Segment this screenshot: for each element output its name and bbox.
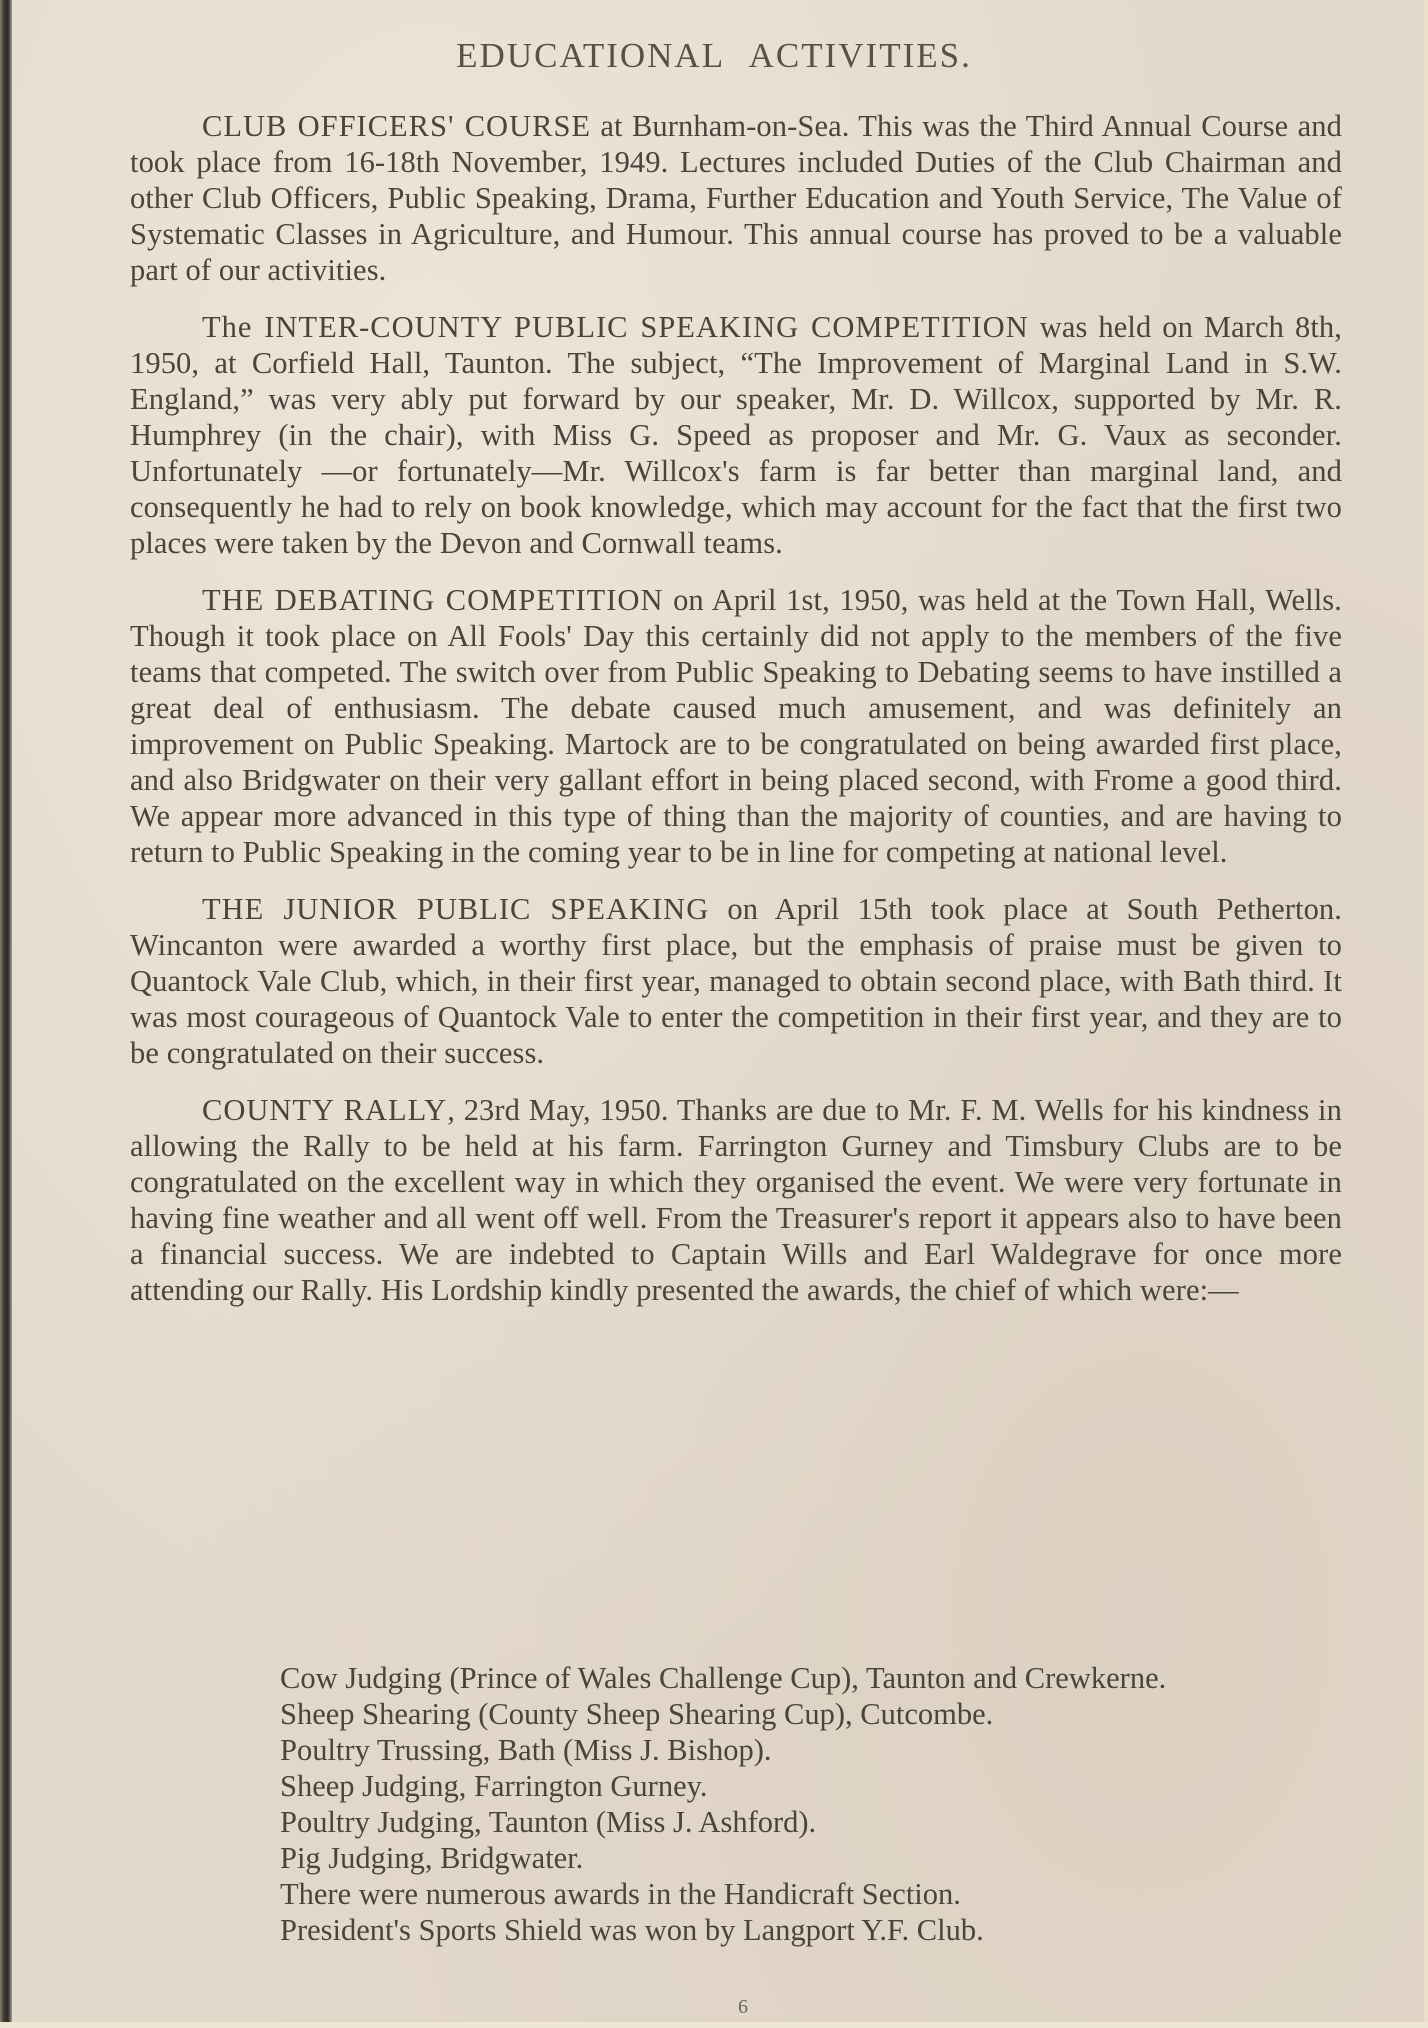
article-body: CLUB OFFICERS' COURSE at Burnham-on-Sea.… [130, 108, 1342, 1329]
paragraph-heading: THE JUNIOR PUBLIC SPEAKING [202, 892, 709, 926]
page-title: EDUCATIONAL ACTIVITIES. [0, 36, 1428, 76]
paragraph-heading: CLUB OFFICERS' COURSE [202, 109, 591, 143]
award-item: Poultry Trussing, Bath (Miss J. Bishop). [280, 1732, 1346, 1768]
paragraph-county-rally: COUNTY RALLY, 23rd May, 1950. Thanks are… [130, 1092, 1342, 1308]
page-bottom-edge [0, 2022, 1428, 2028]
award-item: Sheep Judging, Farrington Gurney. [280, 1768, 1346, 1804]
paragraph-text: on April 1st, 1950, was held at the Town… [130, 583, 1342, 869]
award-item: Pig Judging, Bridgwater. [280, 1840, 1346, 1876]
paragraph-text: was held on March 8th, 1950, at Corfield… [130, 310, 1342, 560]
awards-list: Cow Judging (Prince of Wales Challenge C… [280, 1660, 1346, 1948]
award-item: Cow Judging (Prince of Wales Challenge C… [280, 1660, 1346, 1696]
paragraph-junior-public-speaking: THE JUNIOR PUBLIC SPEAKING on April 15th… [130, 891, 1342, 1071]
paragraph-heading: COUNTY RALLY [202, 1093, 447, 1127]
book-binding-edge [0, 0, 12, 2028]
award-item: Poultry Judging, Taunton (Miss J. Ashfor… [280, 1804, 1346, 1840]
paragraph-club-officers-course: CLUB OFFICERS' COURSE at Burnham-on-Sea.… [130, 108, 1342, 288]
page-right-edge [1424, 0, 1428, 2028]
paragraph-inter-county-competition: The INTER-COUNTY PUBLIC SPEAKING COMPETI… [130, 309, 1342, 561]
award-item: There were numerous awards in the Handic… [280, 1876, 1346, 1912]
paragraph-heading: The INTER-COUNTY PUBLIC SPEAKING COMPETI… [202, 310, 1029, 344]
document-page: EDUCATIONAL ACTIVITIES. CLUB OFFICERS' C… [0, 0, 1428, 2028]
paragraph-debating-competition: THE DEBATING COMPETITION on April 1st, 1… [130, 582, 1342, 870]
award-item: President's Sports Shield was won by Lan… [280, 1912, 1346, 1948]
paragraph-heading: THE DEBATING COMPETITION [202, 583, 663, 617]
page-number: 6 [738, 1996, 748, 2019]
award-item: Sheep Shearing (County Sheep Shearing Cu… [280, 1696, 1346, 1732]
